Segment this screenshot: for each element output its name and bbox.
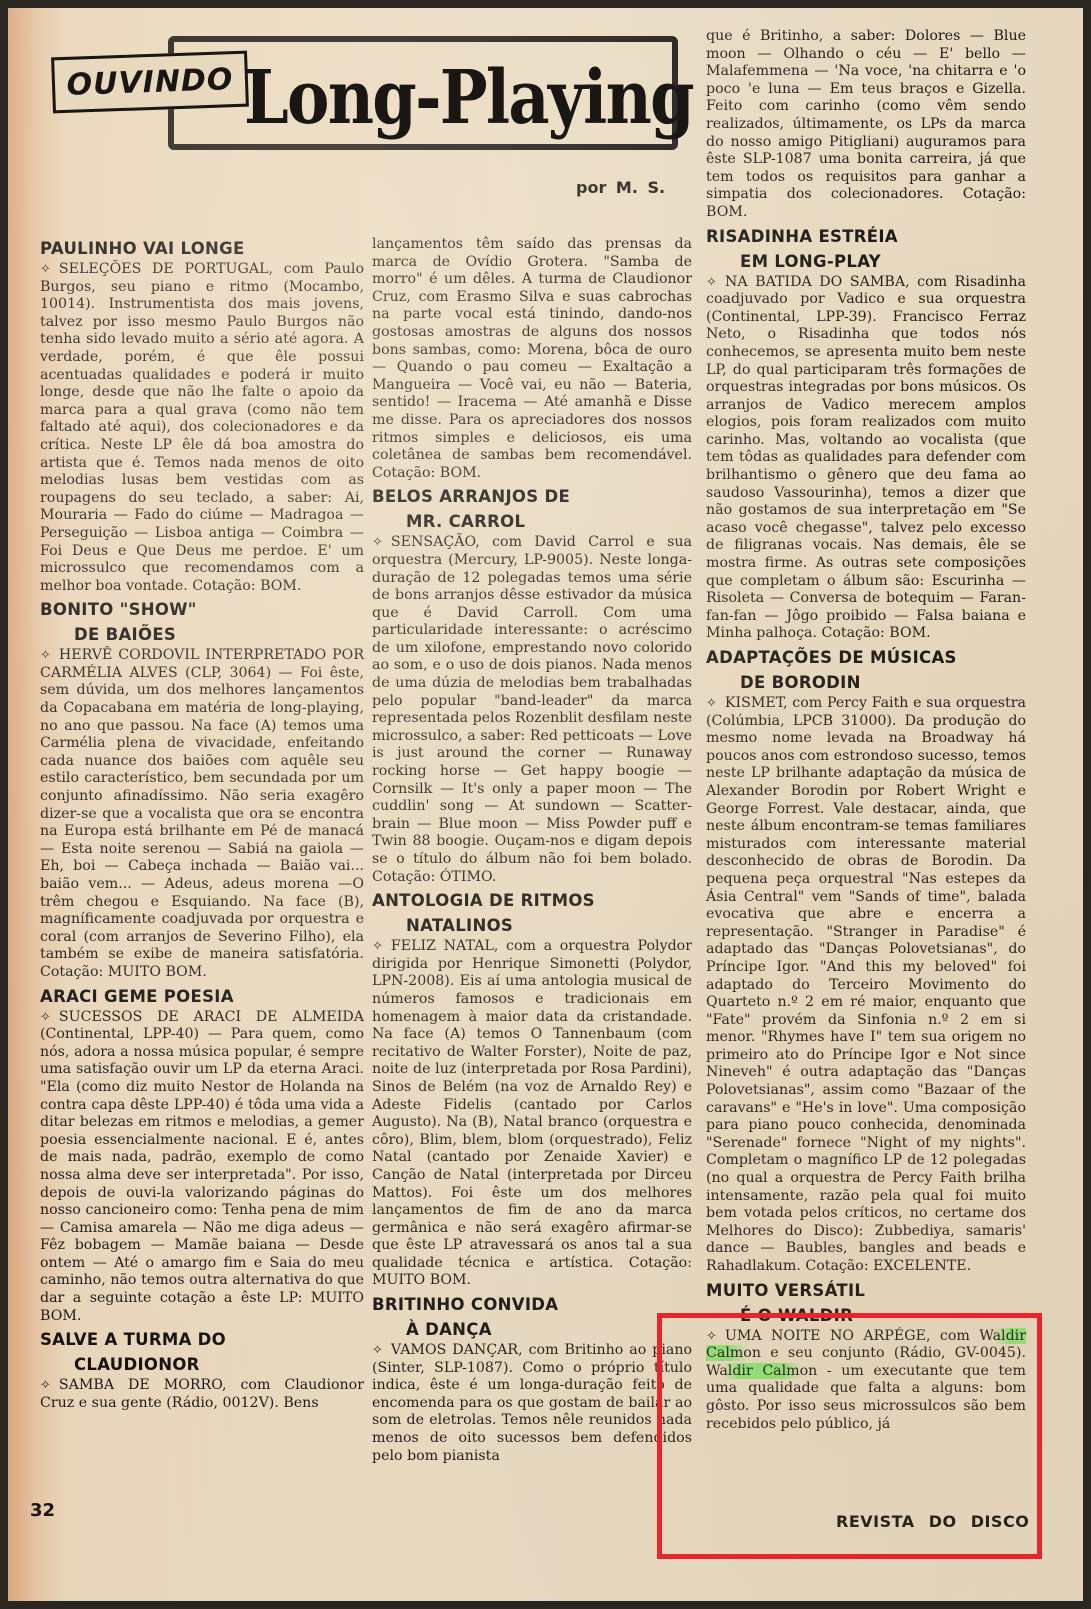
byline: por M. S. [576,178,665,197]
review-body-continued: que é Britinho, a saber: Dolores — Blue … [706,28,1026,222]
column-2: lançamentos têm saído das prensas da mar… [372,236,692,1467]
diamond-bullet-icon: ✧ [40,648,51,663]
diamond-bullet-icon: ✧ [372,1343,383,1358]
review-body: ✧SENSAÇÃO, com David Carrol e sua orques… [372,534,692,886]
column-3: que é Britinho, a saber: Dolores — Blue … [706,28,1026,1435]
review-headline: ARACI GEME POESIA [40,984,364,1009]
diamond-bullet-icon: ✧ [372,535,383,550]
diamond-bullet-icon: ✧ [40,1378,51,1393]
review-headline: ADAPTAÇÕES DE MÚSICAS DE BORODIN [706,645,1026,695]
page-number: 32 [30,1500,55,1521]
review-headline: BONITO "SHOW" DE BAIÕES [40,597,364,647]
column-1: PAULINHO VAI LONGE ✧SELEÇÕES DE PORTUGAL… [40,236,364,1414]
review-body: ✧VAMOS DANÇAR, com Britinho ao piano (Si… [372,1342,692,1465]
diamond-bullet-icon: ✧ [706,275,717,290]
diamond-bullet-icon: ✧ [40,1010,51,1025]
review-headline: ANTOLOGIA DE RITMOS NATALINOS [372,888,692,938]
review-headline: SALVE A TURMA DO CLAUDIONOR [40,1327,364,1377]
annotation-highlight-box [657,1313,1042,1559]
review-body: ✧NA BATIDA DO SAMBA, com Risadinha coadj… [706,274,1026,643]
diamond-bullet-icon: ✧ [372,939,383,954]
review-body: ✧KISMET, com Percy Faith e sua orquestra… [706,695,1026,1276]
review-headline: RISADINHA ESTRÉIA EM LONG-PLAY [706,224,1026,274]
diamond-bullet-icon: ✧ [40,262,51,277]
review-body: ✧FELIZ NATAL, com a orquestra Polydor di… [372,938,692,1290]
diamond-bullet-icon: ✧ [706,696,717,711]
review-headline: BELOS ARRANJOS DE MR. CARROL [372,484,692,534]
review-body: ✧SELEÇÕES DE PORTUGAL, com Paulo Burgos,… [40,261,364,595]
masthead-title: Long-Playing [244,48,605,148]
review-body: ✧SUCESSOS DE ARACI DE ALMEIDA (Continent… [40,1009,364,1326]
review-body: ✧HERVÊ CORDOVIL INTERPRETADO POR CARMÉLI… [40,647,364,981]
review-body: ✧SAMBA DE MORRO, com Claudionor Cruz e s… [40,1377,364,1412]
review-headline: PAULINHO VAI LONGE [40,236,364,261]
masthead-tag: OUVINDO [51,51,249,114]
review-headline: BRITINHO CONVIDA À DANÇA [372,1292,692,1342]
review-body-continued: lançamentos têm saído das prensas da mar… [372,236,692,482]
